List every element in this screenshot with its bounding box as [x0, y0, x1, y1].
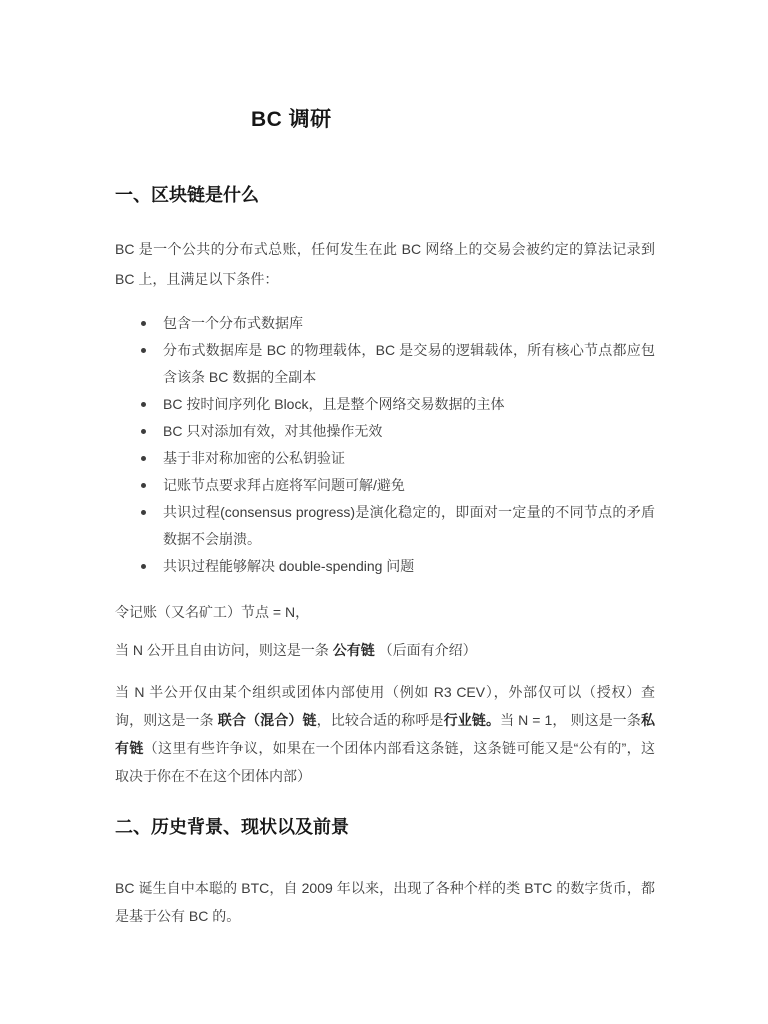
text-run: 当 N = 1， 则这是一条	[500, 712, 641, 728]
list-item: BC 按时间序列化 Block，且是整个网络交易数据的主体	[140, 391, 655, 418]
intro-paragraph: BC 是一个公共的分布式总账，任何发生在此 BC 网络上的交易会被约定的算法记录…	[115, 234, 655, 294]
bold-text-run: 联合（混合）链	[218, 712, 317, 728]
list-item-text: BC 按时间序列化 Block，且是整个网络交易数据的主体	[163, 396, 504, 412]
text-run: ，比较合适的称呼是	[317, 712, 444, 728]
list-item-text: 分布式数据库是 BC 的物理载体，BC 是交易的逻辑载体，所有核心节点都应包含该…	[163, 342, 655, 385]
bullet-icon	[141, 564, 146, 569]
list-item: 基于非对称加密的公私钥验证	[140, 445, 655, 472]
bold-text-run: 公有链	[333, 642, 375, 658]
public-chain-paragraph: 当 N 公开且自由访问，则这是一条 公有链 （后面有介绍）	[115, 636, 655, 664]
bullet-icon	[141, 429, 146, 434]
list-item-text: 共识过程能够解决 double-spending 问题	[163, 558, 414, 574]
list-item: 共识过程能够解决 double-spending 问题	[140, 553, 655, 580]
list-item-text: 共识过程(consensus progress)是演化稳定的，即面对一定量的不同…	[163, 504, 655, 547]
list-item: BC 只对添加有效，对其他操作无效	[140, 418, 655, 445]
list-item-text: 包含一个分布式数据库	[163, 315, 303, 331]
text-run: （后面有介绍）	[375, 642, 477, 658]
bullet-icon	[141, 348, 146, 353]
bullet-icon	[141, 483, 146, 488]
list-item: 分布式数据库是 BC 的物理载体，BC 是交易的逻辑载体，所有核心节点都应包含该…	[140, 337, 655, 391]
section-heading-what-is-blockchain: 一、区块链是什么	[115, 182, 655, 208]
bullet-icon	[141, 456, 146, 461]
bold-text-run: 行业链。	[444, 712, 500, 728]
bullet-icon	[141, 321, 146, 326]
text-run: 当 N 公开且自由访问，则这是一条	[115, 642, 333, 658]
consortium-chain-paragraph: 当 N 半公开仅由某个组织或团体内部使用（例如 R3 CEV），外部仅可以（授权…	[115, 678, 655, 790]
bullet-icon	[141, 510, 146, 515]
list-item-text: BC 只对添加有效，对其他操作无效	[163, 423, 382, 439]
list-item-text: 记账节点要求拜占庭将军问题可解/避免	[163, 477, 405, 493]
list-item: 共识过程(consensus progress)是演化稳定的，即面对一定量的不同…	[140, 499, 655, 553]
list-item-text: 基于非对称加密的公私钥验证	[163, 450, 345, 466]
miner-node-paragraph: 令记账（又名矿工）节点 = N，	[115, 598, 655, 626]
text-run: （这里有些许争议，如果在一个团体内部看这条链，这条链可能又是“公有的”，这取决于…	[115, 740, 655, 784]
bullet-icon	[141, 402, 146, 407]
blockchain-conditions-list: 包含一个分布式数据库 分布式数据库是 BC 的物理载体，BC 是交易的逻辑载体，…	[140, 310, 655, 580]
section-heading-history: 二、历史背景、现状以及前景	[115, 814, 655, 840]
list-item: 记账节点要求拜占庭将军问题可解/避免	[140, 472, 655, 499]
document-page: BC 调研 一、区块链是什么 BC 是一个公共的分布式总账，任何发生在此 BC …	[0, 0, 768, 1024]
history-paragraph: BC 诞生自中本聪的 BTC，自 2009 年以来，出现了各种个样的类 BTC …	[115, 874, 655, 930]
list-item: 包含一个分布式数据库	[140, 310, 655, 337]
document-title: BC 调研	[115, 0, 655, 135]
document-content: BC 调研 一、区块链是什么 BC 是一个公共的分布式总账，任何发生在此 BC …	[115, 0, 655, 930]
